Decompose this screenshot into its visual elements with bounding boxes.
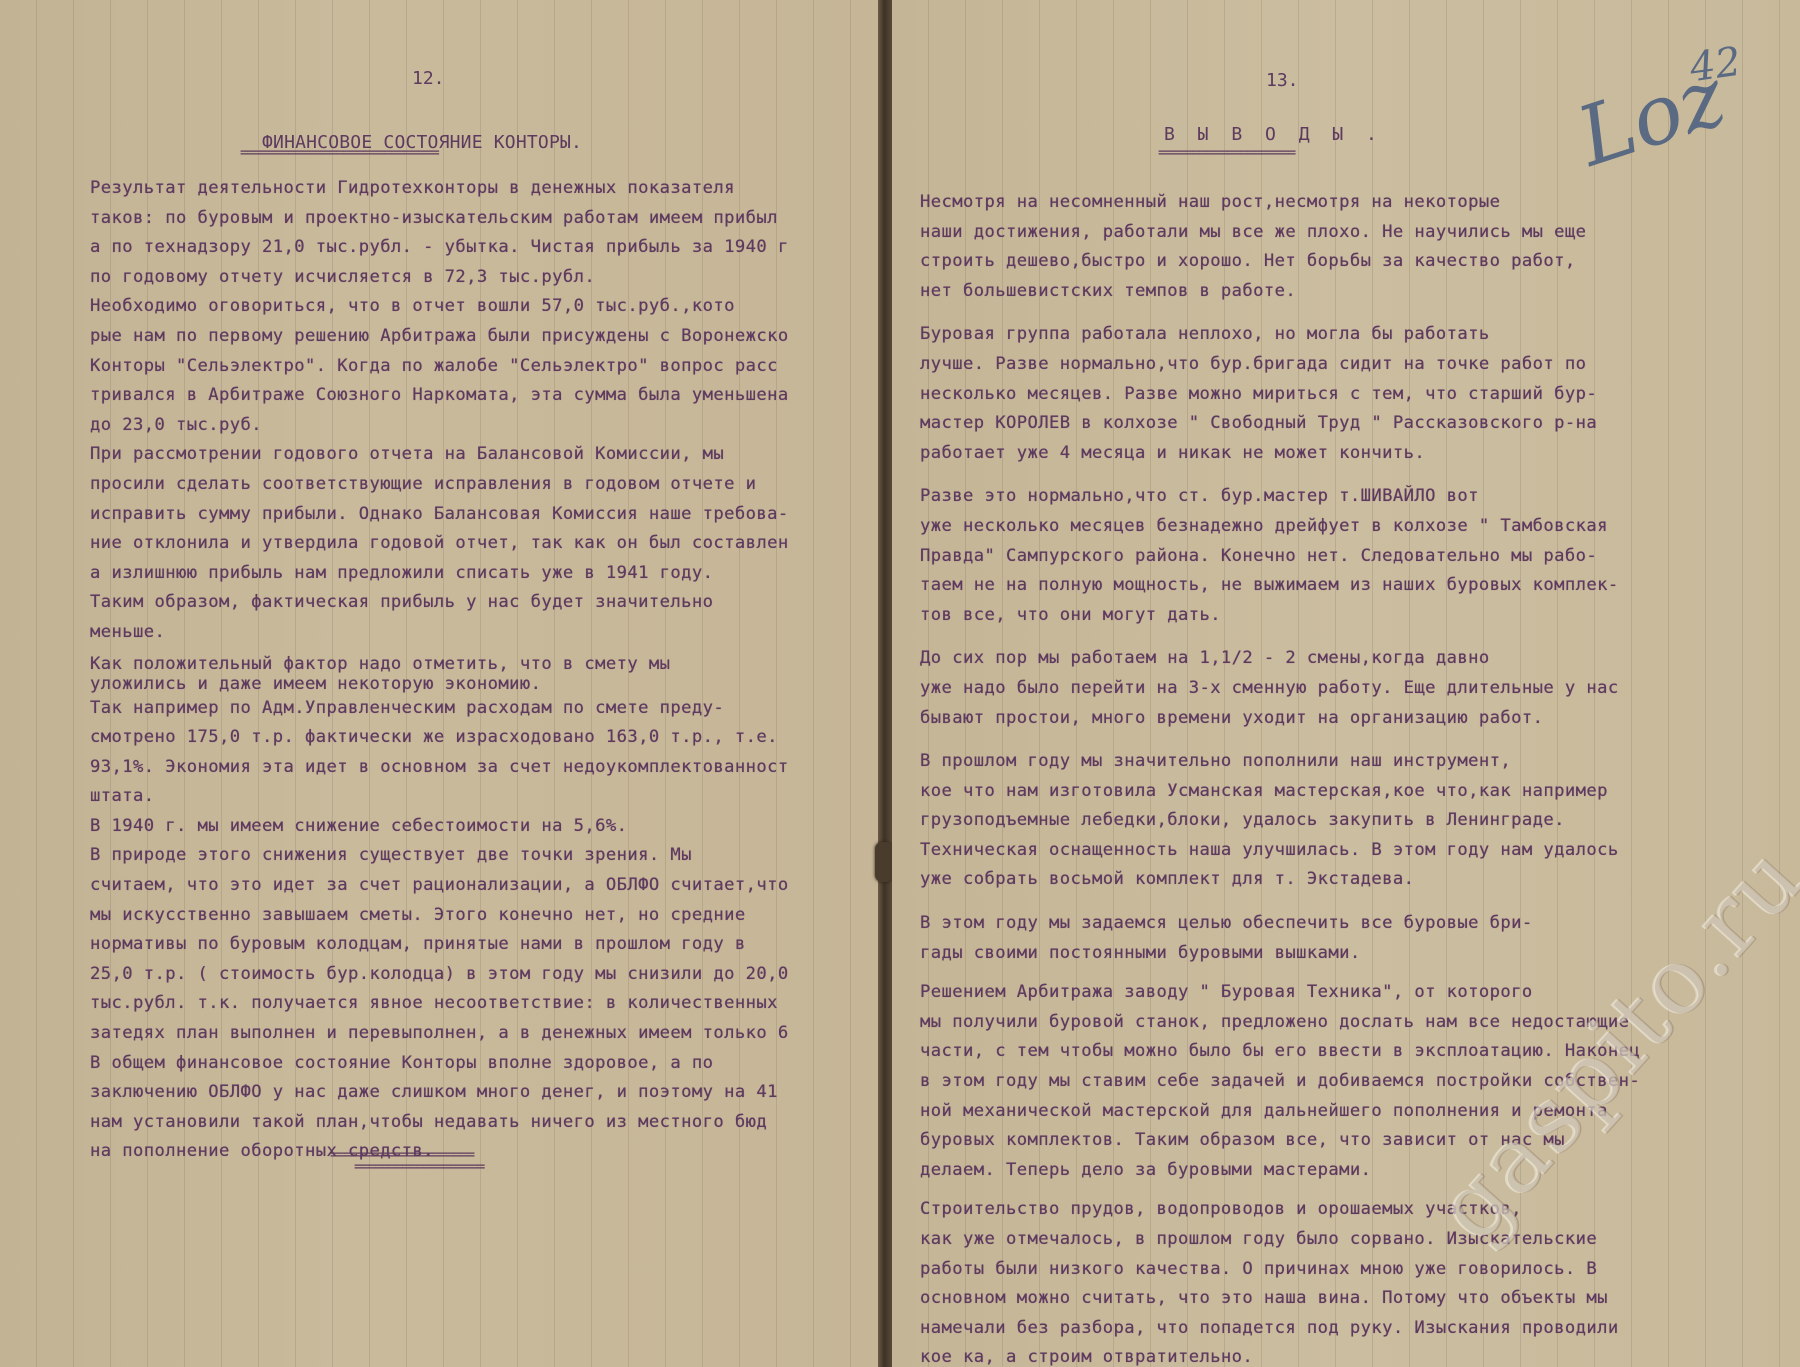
text-line: Как положительный фактор надо отметить, … [90, 654, 789, 674]
text-line: 93,1%. Экономия эта идет в основном за с… [90, 753, 789, 783]
text-line: строить дешево,быстро и хорошо. Нет борь… [920, 247, 1640, 277]
book-gutter [878, 0, 892, 1367]
title-underline: ============================= [240, 146, 438, 160]
left-page: 12. ФИНАНСОВОЕ СОСТОЯНИЕ КОНТОРЫ. ======… [0, 0, 878, 1367]
text-line: намечали без разбора, что попадется под … [920, 1314, 1640, 1344]
text-line: лучше. Разве нормально,что бур.бригада с… [920, 350, 1640, 380]
text-line: Таким образом, фактическая прибыль у нас… [90, 588, 789, 618]
text-line: затедях план выполнен и перевыполнен, а … [90, 1019, 789, 1049]
text-line: уложились и даже имеем некоторую экономи… [90, 674, 789, 694]
text-line: нормативы по буровым колодцам, принятые … [90, 930, 789, 960]
text-line: меньше. [90, 618, 789, 648]
text-line: кое что нам изготовила Усманская мастерс… [920, 777, 1640, 807]
handwritten-mark: Loz [1567, 50, 1736, 186]
right-page: 13. В Ы В О Д Ы . ==================== 4… [892, 0, 1800, 1367]
text-line: нет большевистских темпов в работе. [920, 277, 1640, 307]
page-number: 12. [412, 68, 445, 89]
text-line: уже собрать восьмой комплект для т. Экст… [920, 865, 1640, 895]
body-text: Результат деятельности Гидротехконторы в… [90, 174, 789, 1167]
text-line: В природе этого снижения существует две … [90, 841, 789, 871]
text-line: грузоподъемные лебедки,блоки, удалось за… [920, 806, 1640, 836]
text-line: Решением Арбитража заводу " Буровая Техн… [920, 978, 1640, 1008]
text-line: как уже отмечалось, в прошлом году было … [920, 1225, 1640, 1255]
text-line: тривался в Арбитраже Союзного Наркомата,… [90, 381, 789, 411]
text-line: Техническая оснащенность наша улучшилась… [920, 836, 1640, 866]
text-line: работы были низкого качества. О причинах… [920, 1255, 1640, 1285]
text-line: Конторы "Сельэлектро". Когда по жалобе "… [90, 352, 789, 382]
text-line: а излишнюю прибыль нам предложили списат… [90, 559, 789, 589]
text-line: кое ка, а строим отвратительно. [920, 1343, 1640, 1367]
text-line: тов все, что они могут дать. [920, 601, 1640, 631]
text-line: просили сделать соответствующие исправле… [90, 470, 789, 500]
paragraph: В этом году мы задаемся целью обеспечить… [920, 909, 1640, 968]
text-line: Необходимо оговориться, что в отчет вошл… [90, 292, 789, 322]
page-number: 13. [1266, 70, 1299, 91]
paragraph: В прошлом году мы значительно пополнили … [920, 747, 1640, 895]
paragraph: Несмотря на несомненный наш рост,несмотр… [920, 188, 1640, 306]
text-line: считаем, что это идет за счет рационализ… [90, 871, 789, 901]
text-line: наши достижения, работали мы все же плох… [920, 218, 1640, 248]
text-line: а по технадзору 21,0 тыс.рубл. - убытка.… [90, 233, 789, 263]
paragraph: Строительство прудов, водопроводов и оро… [920, 1195, 1640, 1367]
paragraph: До сих пор мы работаем на 1,1/2 - 2 смен… [920, 644, 1640, 733]
paragraph: Буровая группа работала неплохо, но могл… [920, 320, 1640, 468]
text-line: 25,0 т.р. ( стоимость бур.колодца) в это… [90, 960, 789, 990]
text-line: исправить сумму прибыли. Однако Балансов… [90, 500, 789, 530]
text-line: таем не на полную мощность, не выжимаем … [920, 571, 1640, 601]
text-line: В 1940 г. мы имеем снижение себестоимост… [90, 812, 789, 842]
text-line: Разве это нормально,что ст. бур.мастер т… [920, 482, 1640, 512]
end-mark: =================== [354, 1160, 484, 1174]
text-line: Так например по Адм.Управленческим расхо… [90, 694, 789, 724]
text-line: тыс.рубл. т.к. получается явное несоотве… [90, 989, 789, 1019]
text-line: мастер КОРОЛЕВ в колхозе " Свободный Тру… [920, 409, 1640, 439]
title-underline: ==================== [1158, 146, 1295, 160]
paragraph: Разве это нормально,что ст. бур.мастер т… [920, 482, 1640, 630]
text-line: мы искусственно завышаем сметы. Этого ко… [90, 901, 789, 931]
text-line: Правда" Сампурского района. Конечно нет.… [920, 542, 1640, 572]
text-line: работает уже 4 месяца и никак не может к… [920, 439, 1640, 469]
text-line: рые нам по первому решению Арбитража был… [90, 322, 789, 352]
text-line: нам установили такой план,чтобы недавать… [90, 1108, 789, 1138]
text-line: В общем финансовое состояние Конторы впо… [90, 1049, 789, 1079]
binding-staple [875, 842, 893, 882]
text-line: уже несколько месяцев безнадежно дрейфуе… [920, 512, 1640, 542]
text-line: бывают простои, много времени уходит на … [920, 704, 1640, 734]
text-line: таков: по буровым и проектно-изыскательс… [90, 204, 789, 234]
text-line: ние отклонила и утвердила годовой отчет,… [90, 529, 789, 559]
text-line: заключению ОБЛФО у нас даже слишком мног… [90, 1078, 789, 1108]
text-line: смотрено 175,0 т.р. фактически же израсх… [90, 723, 789, 753]
text-line: До сих пор мы работаем на 1,1/2 - 2 смен… [920, 644, 1640, 674]
text-line: штата. [90, 782, 789, 812]
text-line: Результат деятельности Гидротехконторы в… [90, 174, 789, 204]
text-line: гады своими постоянными буровыми вышками… [920, 939, 1640, 969]
text-line: В этом году мы задаемся целью обеспечить… [920, 909, 1640, 939]
text-line: по годовому отчету исчисляется в 72,3 ты… [90, 263, 789, 293]
page-title: В Ы В О Д Ы . [1164, 124, 1383, 145]
text-line: до 23,0 тыс.руб. [90, 411, 789, 441]
text-line: уже надо было перейти на 3-х сменную раб… [920, 674, 1640, 704]
text-line: Несмотря на несомненный наш рост,несмотр… [920, 188, 1640, 218]
text-line: Буровая группа работала неплохо, но могл… [920, 320, 1640, 350]
text-line: В прошлом году мы значительно пополнили … [920, 747, 1640, 777]
text-line: При рассмотрении годового отчета на Бала… [90, 440, 789, 470]
text-line: несколько месяцев. Разве можно мириться … [920, 380, 1640, 410]
text-line: основном можно считать, что это наша вин… [920, 1284, 1640, 1314]
text-line: мы получили буровой станок, предложено д… [920, 1008, 1640, 1038]
